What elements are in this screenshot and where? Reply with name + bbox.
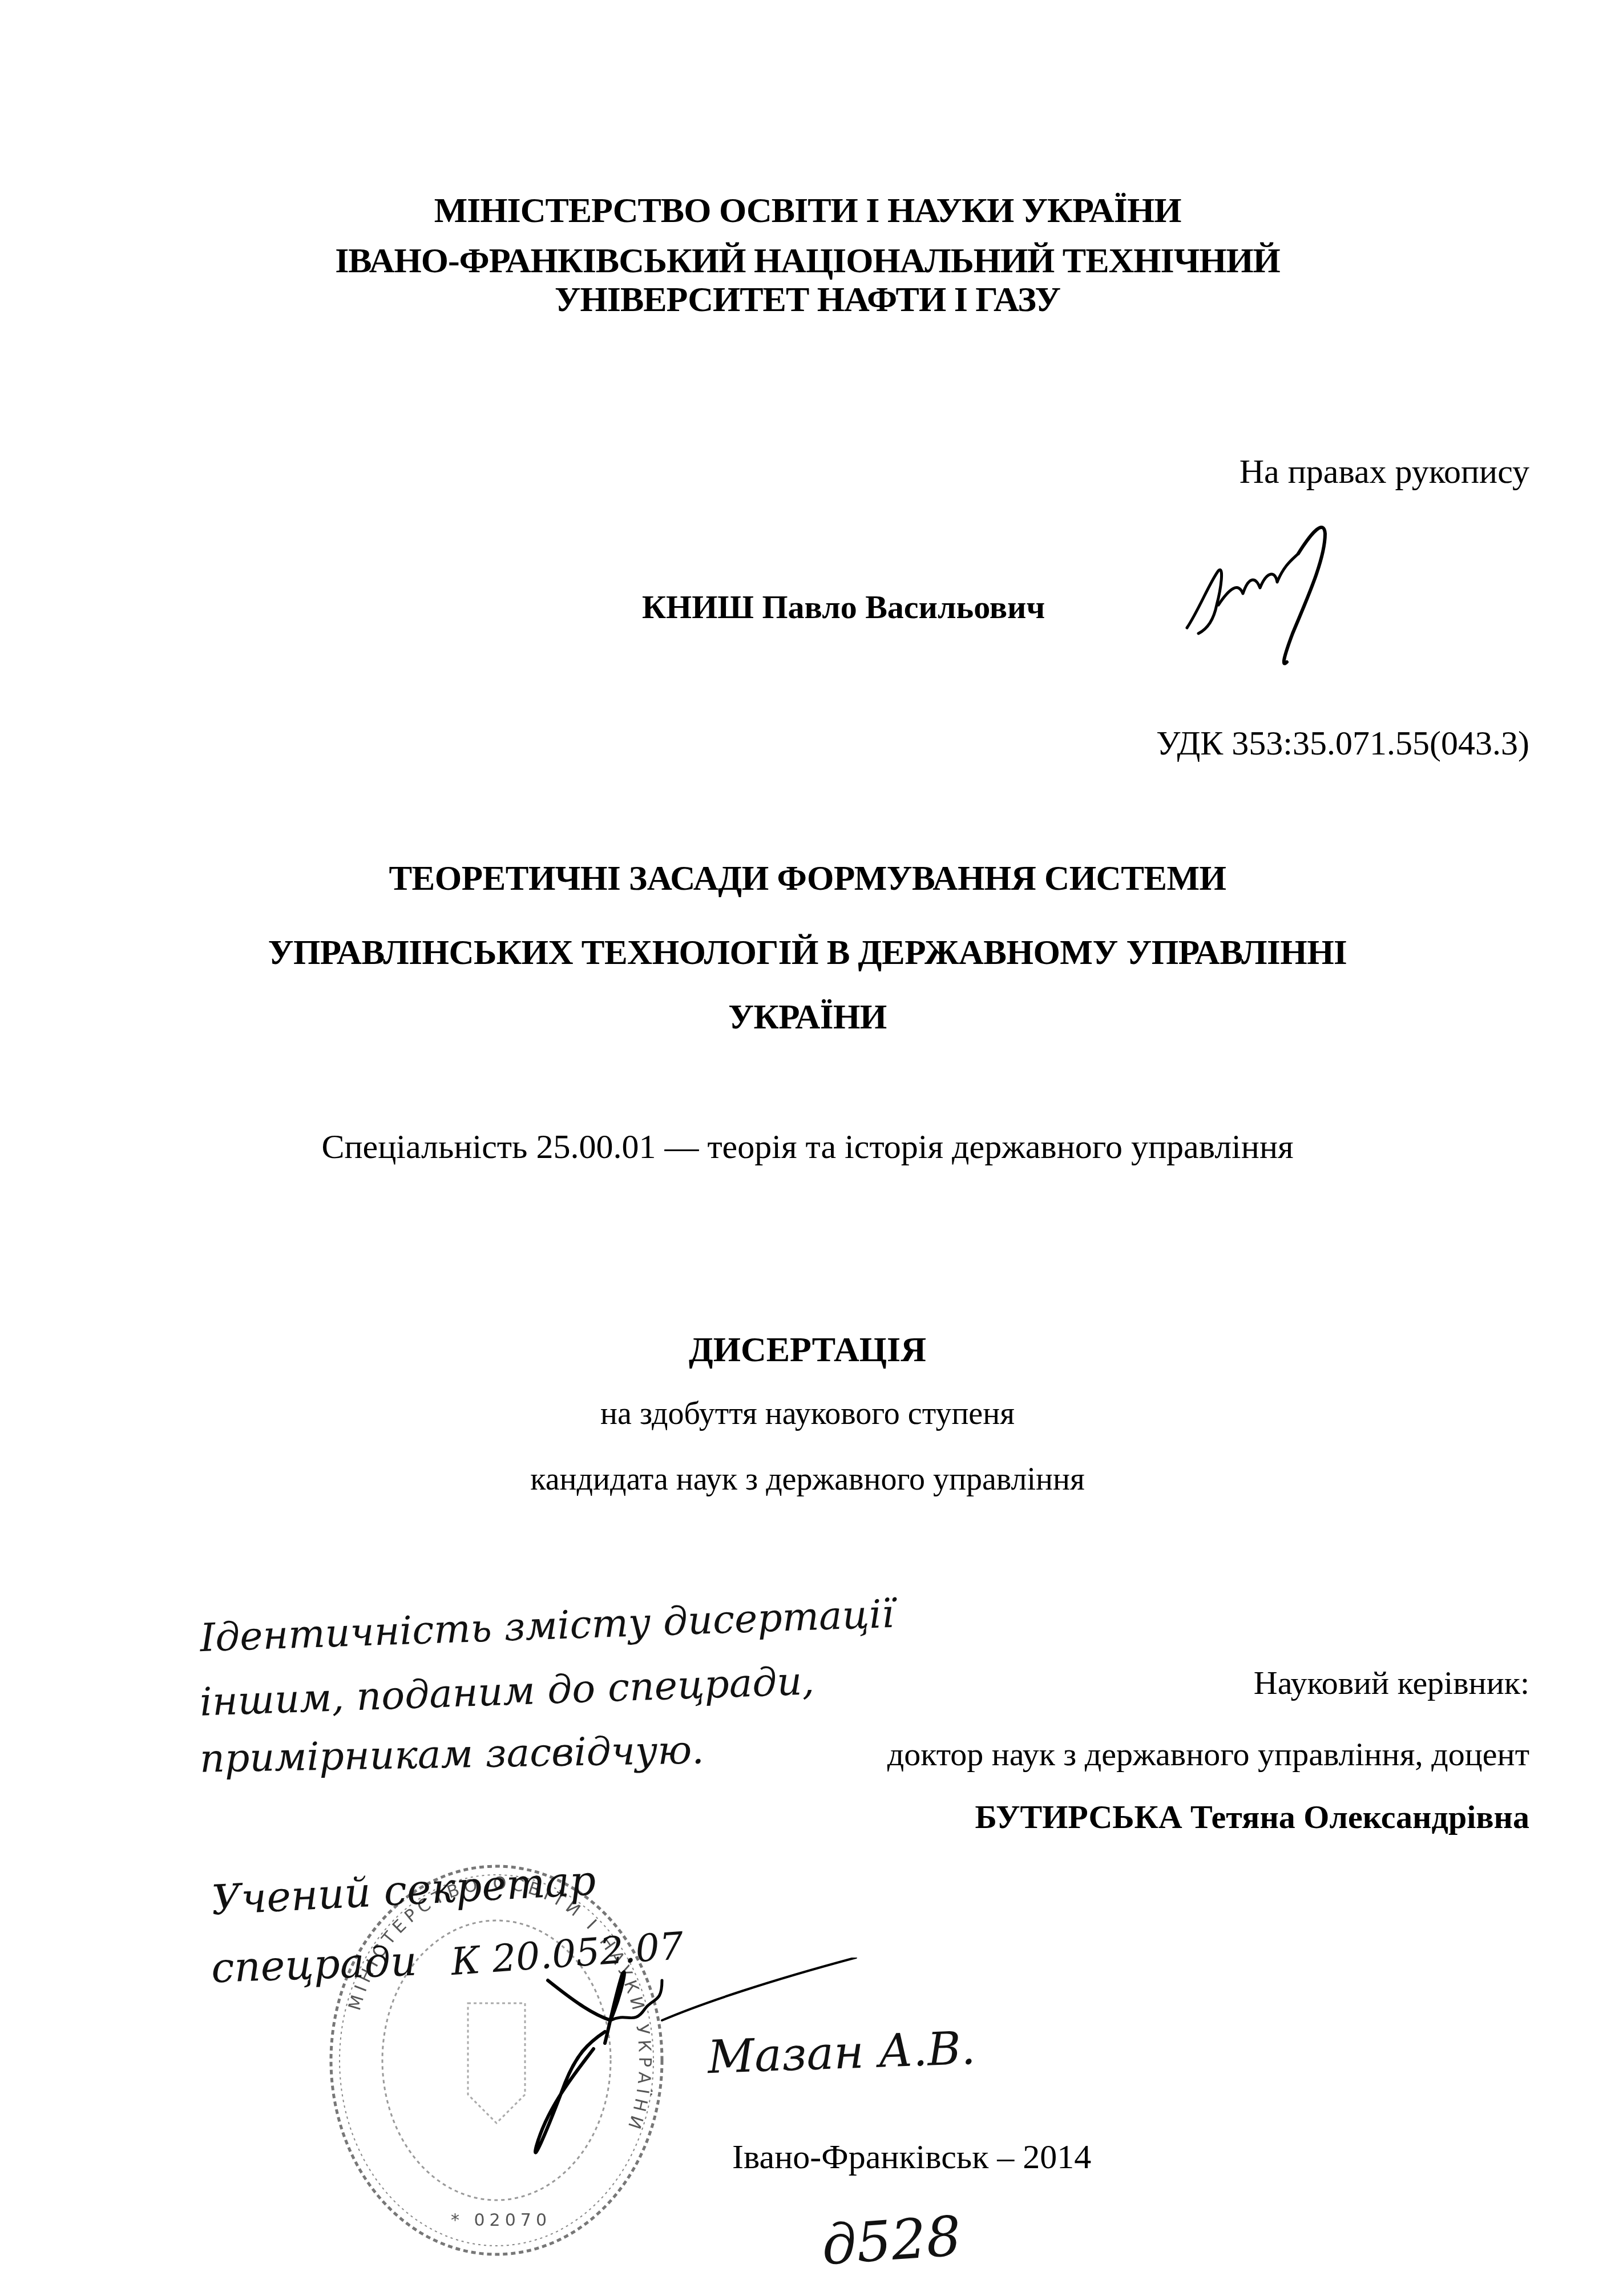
specialty: Спеціальність 25.00.01 — теорія та істор… — [0, 1127, 1615, 1167]
thesis-title-line-1: ТЕОРЕТИЧНІ ЗАСАДИ ФОРМУВАННЯ СИСТЕМИ — [0, 859, 1615, 899]
supervisor-label: Науковий керівник: — [1254, 1664, 1529, 1702]
supervisor-credentials: доктор наук з державного управління, доц… — [887, 1735, 1529, 1773]
ministry-line: МІНІСТЕРСТВО ОСВІТИ І НАУКИ УКРАЇНИ — [0, 184, 1615, 238]
document-type: ДИСЕРТАЦІЯ — [0, 1330, 1615, 1370]
handwritten-archive-number: д528 — [819, 2204, 963, 2278]
author-signature-icon — [1176, 519, 1392, 673]
supervisor-name: БУТИРСЬКА Тетяна Олександрівна — [975, 1798, 1529, 1836]
manuscript-note: На правах рукопису — [1239, 452, 1529, 491]
handwritten-note-line-2: іншим, поданим до спецради, — [199, 1659, 815, 1725]
udc-code: УДК 353:35.071.55(043.3) — [1156, 724, 1529, 763]
handwritten-signer-name: Мазан А.В. — [707, 2021, 976, 2084]
handwritten-note-line-1: Ідентичність змісту дисертації — [199, 1592, 895, 1661]
thesis-title-line-2: УПРАВЛІНСЬКИХ ТЕХНОЛОГІЙ В ДЕРЖАВНОМУ УП… — [0, 933, 1615, 973]
author-name: КНИШ Павло Васильович — [642, 588, 1045, 626]
university-line-2: УНІВЕРСИТЕТ НАФТИ І ГАЗУ — [0, 273, 1615, 327]
svg-text:* 02070: * 02070 — [451, 2210, 551, 2230]
thesis-title-line-3: УКРАЇНИ — [0, 998, 1615, 1038]
degree-line-1: на здобуття наукового ступеня — [0, 1395, 1615, 1432]
city-year: Івано-Франківськ – 2014 — [732, 2137, 1091, 2177]
degree-line-2: кандидата наук з державного управління — [0, 1461, 1615, 1498]
handwritten-note-line-3: примірникам засвідчую. — [199, 1728, 704, 1781]
handwritten-secretary-line-2: спецради — [211, 1937, 418, 1992]
